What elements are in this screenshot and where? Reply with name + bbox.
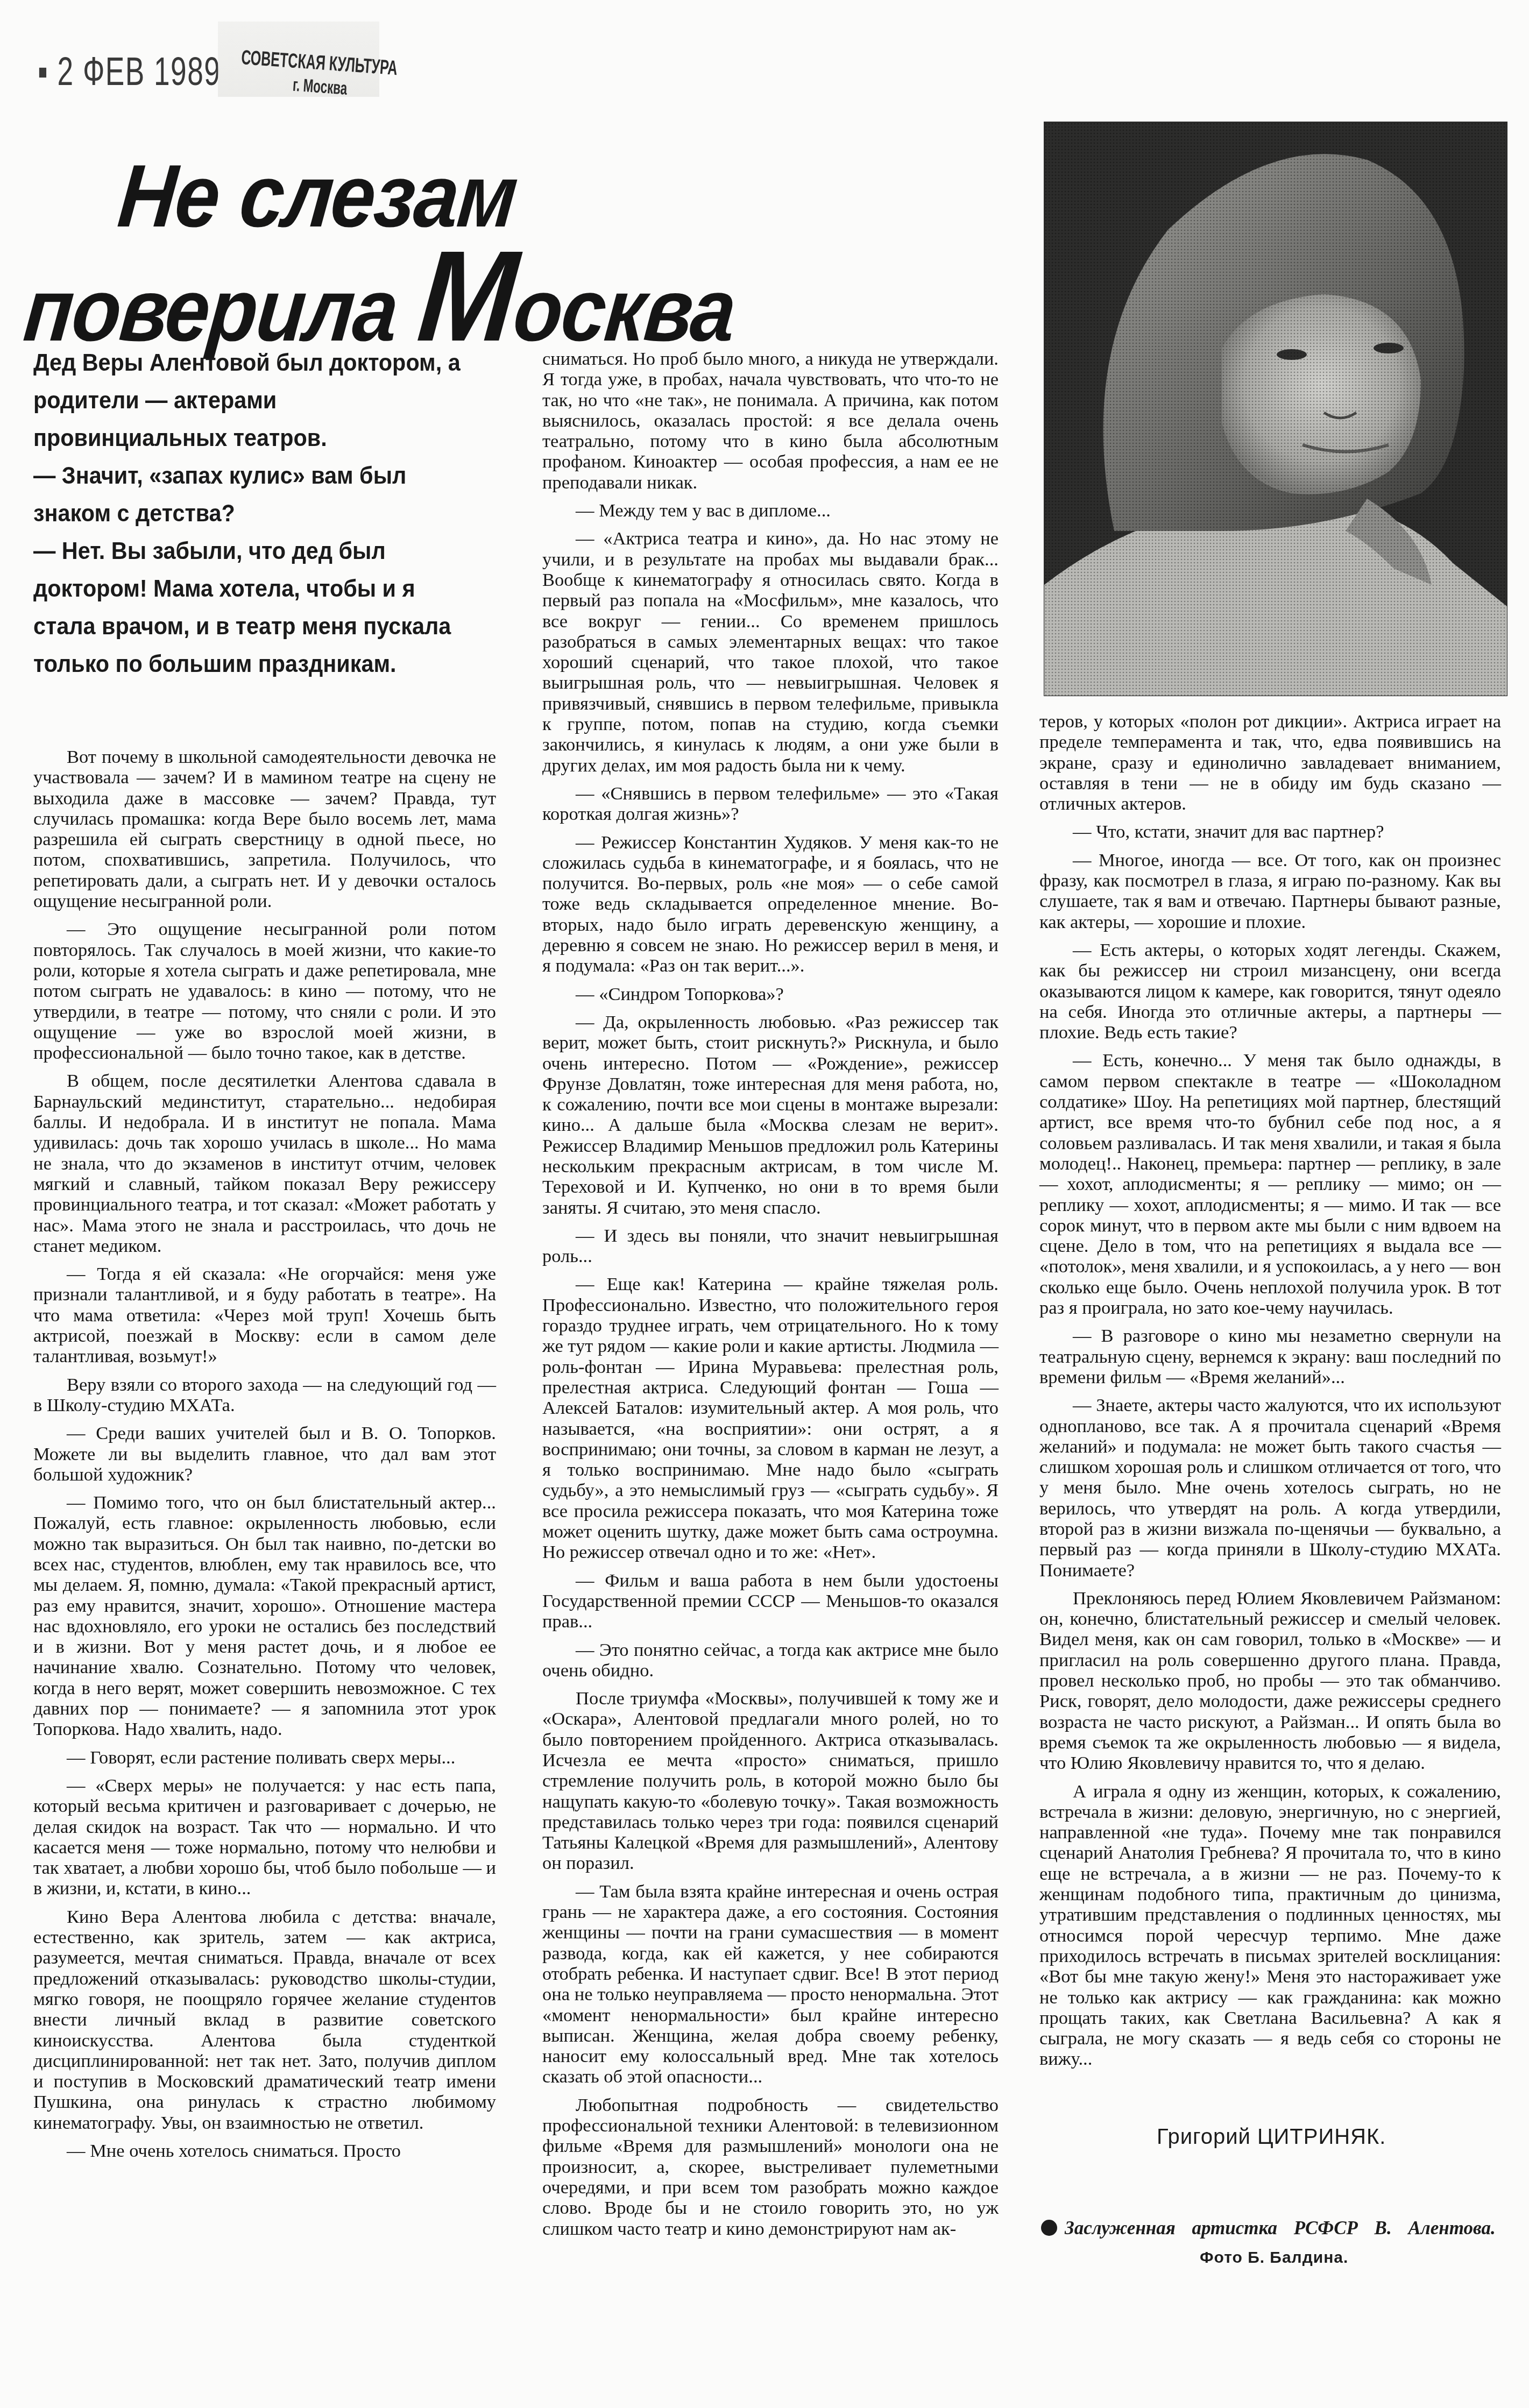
paragraph: — Что, кстати, значит для вас партнер? <box>1039 821 1501 842</box>
paragraph: — Говорят, если растение поливать сверх … <box>33 1747 496 1768</box>
paragraph: А играла я одну из женщин, которых, к со… <box>1039 1781 1501 2070</box>
photo-caption: Заслуженная артистка РСФСР В. Алентова. <box>1041 2206 1504 2251</box>
paragraph: Любопытная подробность — свидетельство п… <box>542 2095 999 2239</box>
paragraph: — Есть актеры, о которых ходят легенды. … <box>1039 940 1501 1043</box>
paragraph: — Фильм и ваша работа в нем были удостое… <box>542 1570 999 1632</box>
paragraph: — Многое, иногда — все. От того, как он … <box>1039 850 1501 932</box>
paragraph: теров, у которых «полон рот дикции». Акт… <box>1039 711 1501 814</box>
paragraph: — И здесь вы поняли, что значит невыигры… <box>542 1226 999 1267</box>
paragraph: — Помимо того, что он был блистательный … <box>33 1492 496 1740</box>
article-column-1: Вот почему в школьной самодеятельности д… <box>33 747 496 2169</box>
paragraph: Преклоняюсь перед Юлием Яковлевичем Райз… <box>1039 1588 1501 1774</box>
paragraph: — Это ощущение несыгранной роли потом по… <box>33 919 496 1063</box>
paragraph: — «Синдром Топоркова»? <box>542 984 999 1004</box>
paragraph: — Знаете, актеры часто жалуются, что их … <box>1039 1395 1501 1581</box>
paragraph: — В разговоре о кино мы незаметно сверну… <box>1039 1326 1501 1387</box>
paragraph: — Между тем у вас в дипломе... <box>542 500 999 521</box>
article-column-2: сниматься. Но проб было много, а никуда … <box>542 349 999 2247</box>
paragraph: сниматься. Но проб было много, а никуда … <box>542 349 999 493</box>
paragraph: — Там была взята крайне интересная и оче… <box>542 1881 999 2087</box>
paragraph: — «Сверх меры» не получается: у нас есть… <box>33 1775 496 1899</box>
portrait-photo-illustration <box>1044 122 1507 696</box>
paragraph: В общем, после десятилетки Алентова сдав… <box>33 1071 496 1256</box>
headline-line-2: поверила Москва <box>20 231 742 361</box>
paragraph: — Среди ваших учителей был и В. О. Топор… <box>33 1423 496 1485</box>
lead-paragraph: — Значит, «запах кулис» вам был знаком с… <box>33 457 473 533</box>
paragraph: Кино Вера Алентова любила с детства: вна… <box>33 1907 496 2133</box>
date-prefix-dash: ▪ <box>38 49 58 94</box>
paragraph: Вот почему в школьной самодеятельности д… <box>33 747 496 911</box>
photo-credit: Фото Б. Балдина. <box>1200 2249 1348 2267</box>
article-lead: Дед Веры Алентовой был доктором, а родит… <box>33 344 473 683</box>
bullet-icon <box>1041 2220 1057 2236</box>
paragraph: Веру взяли со второго захода — на следую… <box>33 1375 496 1416</box>
lead-paragraph: Дед Веры Алентовой был доктором, а родит… <box>33 344 473 457</box>
paragraph: — Тогда я ей сказала: «Не огорчайся: мен… <box>33 1264 496 1366</box>
paragraph: — Да, окрыленность любовью. «Раз режиссе… <box>542 1012 999 1218</box>
paragraph: — Это понятно сейчас, а тогда как актрис… <box>542 1640 999 1681</box>
article-column-3: теров, у которых «полон рот дикции». Акт… <box>1039 711 1501 2077</box>
paragraph: — Еще как! Катерина — крайне тяжелая рол… <box>542 1274 999 1562</box>
lead-paragraph: — Нет. Вы забыли, что дед был доктором! … <box>33 533 473 683</box>
paragraph: После триумфа «Москвы», получившей к том… <box>542 1688 999 1874</box>
paragraph: — «Снявшись в первом телефильме» — это «… <box>542 783 999 825</box>
photo-caption-text: Заслуженная артистка РСФСР В. Алентова. <box>1065 2218 1496 2239</box>
paragraph: — Мне очень хотелось сниматься. Просто <box>33 2141 496 2161</box>
clipping-date: 2 ФЕВ 1989 <box>58 49 221 94</box>
paragraph: — Режиссер Константин Худяков. У меня ка… <box>542 832 999 976</box>
paragraph: — «Актриса театра и кино», да. Но нас эт… <box>542 528 999 776</box>
author-byline: Григорий ЦИТРИНЯК. <box>1157 2125 1386 2149</box>
headline-word-rest: осква <box>509 260 739 359</box>
paragraph: — Есть, конечно... У меня так было однаж… <box>1039 1050 1501 1318</box>
portrait-photo <box>1044 122 1507 696</box>
newspaper-source-stamp: СОВЕТСКАЯ КУЛЬТУРА г. Москва <box>238 46 348 107</box>
clipping-date-stamp: ▪ 2 ФЕВ 1989 <box>38 48 169 108</box>
